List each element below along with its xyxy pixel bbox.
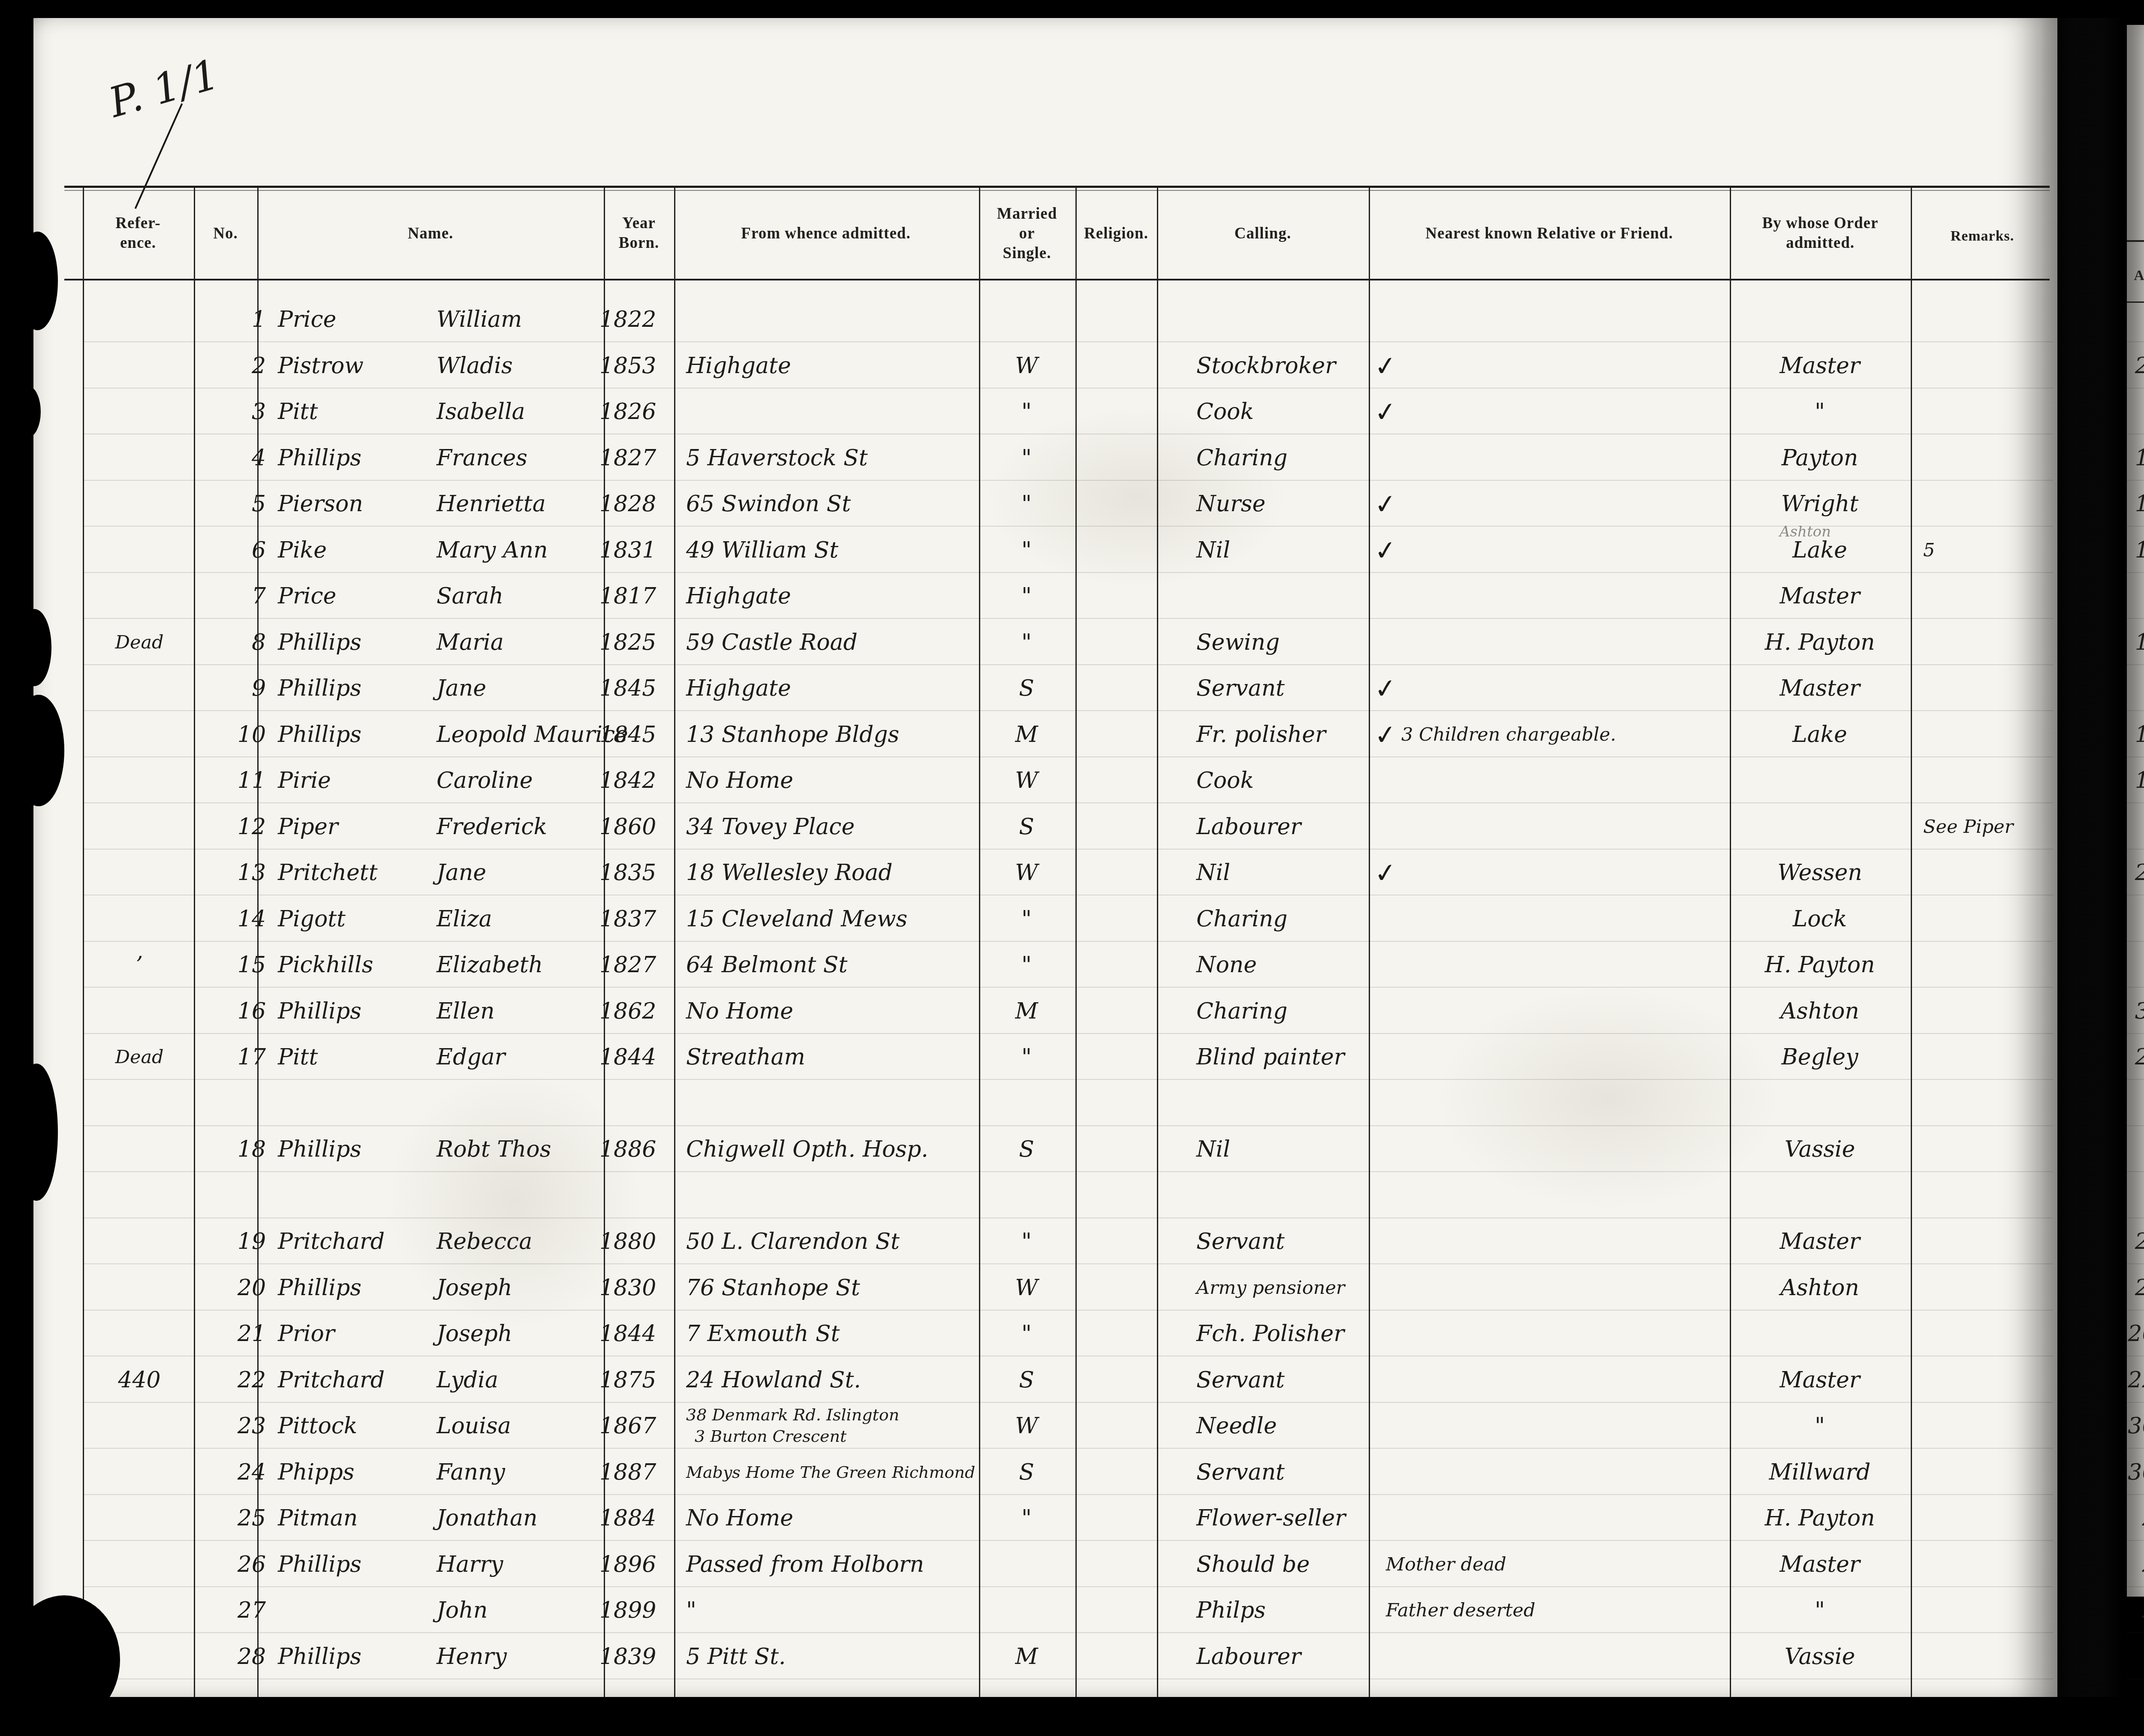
cell-whence-admitted: No Home <box>686 758 793 804</box>
cell-order-admitted: Vassie <box>1730 1634 1910 1680</box>
cell-order-admitted: Millward <box>1730 1450 1910 1495</box>
cell-number: 27 <box>180 1588 266 1634</box>
cell-forename: Robt Thos <box>437 1127 551 1172</box>
cell-forename: Wladis <box>437 343 513 389</box>
register-row-20: 20PhillipsJoseph183076 Stanhope StWArmy … <box>0 1265 2144 1311</box>
column-header-married-or-single: Married or Single. <box>997 204 1057 263</box>
cell-whence-admitted: 65 Swindon St <box>686 481 851 527</box>
cell-surname: Pistrow <box>278 343 364 389</box>
cell-number: 22 <box>180 1357 266 1403</box>
cell-number: 3 <box>180 389 266 435</box>
cell-married-or-single: " <box>979 1495 1074 1541</box>
register-row-13: 13PritchettJane183518 Wellesley RoadWNil… <box>0 850 2144 896</box>
cell-order-admitted: Ashton <box>1730 989 1910 1034</box>
cell-surname: Pickhills <box>278 942 373 988</box>
cell-married-or-single: M <box>979 989 1074 1034</box>
cell-year-born: 1831 <box>599 527 656 573</box>
cell-whence-admitted: 5 Pitt St. <box>686 1634 786 1680</box>
cell-number: 18 <box>180 1127 266 1172</box>
register-row-28: 28PhillipsHenry18395 Pitt St.MLabourerVa… <box>0 1634 2144 1680</box>
cell-married-or-single: W <box>979 1265 1074 1311</box>
cell-year-born: 1842 <box>599 758 656 804</box>
column-header-by-whose-order: By whose Order admitted. <box>1762 214 1879 253</box>
cell-number: 10 <box>180 712 266 758</box>
cell-forename: Eliza <box>437 896 492 942</box>
cell-year-born: 1887 <box>599 1450 656 1495</box>
cell-year-born: 1862 <box>599 989 656 1034</box>
cell-married-or-single: " <box>979 573 1074 619</box>
cell-married-or-single: S <box>979 1450 1074 1495</box>
cell-forename: Joseph <box>437 1311 512 1357</box>
cell-number: 14 <box>180 896 266 942</box>
register-row-9: 9PhillipsJane1845HighgateSServant✓Master… <box>0 666 2144 711</box>
cell-surname: Phillips <box>278 1542 361 1588</box>
cell-whence-admitted: No Home <box>686 989 793 1034</box>
cell-forename: Harry <box>437 1542 503 1588</box>
cell-surname: Pitman <box>278 1495 358 1541</box>
cell-forename: Joseph <box>437 1265 512 1311</box>
cell-whence-admitted: 34 Tovey Place <box>686 804 855 850</box>
cell-surname: Pitt <box>278 1034 318 1080</box>
cell-forename: Louisa <box>437 1403 511 1449</box>
register-row-22: 44022PritchardLydia187524 Howland St.SSe… <box>0 1357 2144 1403</box>
cell-married-or-single: M <box>979 712 1074 758</box>
cell-calling: Should be <box>1196 1542 1310 1588</box>
cell-year-born: 1899 <box>599 1588 656 1634</box>
cell-calling: Nil <box>1196 850 1230 896</box>
register-row-27: 27John1899"PhilpsFather deserted"2.1.03C… <box>0 1588 2144 1634</box>
cell-reference: 440 <box>86 1357 193 1403</box>
scan-tear <box>15 1064 58 1201</box>
cell-relative-or-friend: 3 Children chargeable. <box>1401 712 1616 758</box>
column-header-year-born: Year Born. <box>619 214 659 253</box>
cell-married-or-single: S <box>979 804 1074 850</box>
cell-whence-admitted: 76 Stanhope St <box>686 1265 860 1311</box>
cell-order-admitted: H. Payton <box>1730 942 1910 988</box>
cell-year-born: 1822 <box>599 297 656 343</box>
cell-surname: Pirie <box>278 758 331 804</box>
cell-number: 4 <box>180 435 266 481</box>
checkmark-icon: ✓ <box>1372 665 1399 713</box>
checkmark-icon: ✓ <box>1372 849 1399 897</box>
column-header-calling: Calling. <box>1235 224 1291 244</box>
cell-calling: Charing <box>1196 896 1288 942</box>
checkmark-icon: ✓ <box>1372 480 1399 528</box>
cell-married-or-single: " <box>979 896 1074 942</box>
register-row-10: 10PhillipsLeopold Maurice184513 Stanhope… <box>0 712 2144 758</box>
cell-forename: Edgar <box>437 1034 505 1080</box>
cell-number: 21 <box>180 1311 266 1357</box>
cell-whence-admitted-2: 3 Burton Crescent <box>695 1426 846 1447</box>
ruled-line <box>84 1218 2053 1218</box>
register-row-11: 11PirieCaroline1842No HomeWCook19110211. <box>0 758 2144 804</box>
cell-calling: Flower-seller <box>1196 1495 1346 1541</box>
cell-calling: Servant <box>1196 666 1285 711</box>
register-row-3: 3PittIsabella1826"Cook✓"4402Hga <box>0 389 2144 435</box>
cell-married-or-single: W <box>979 1403 1074 1449</box>
checkmark-icon: ✓ <box>1372 526 1399 574</box>
cell-number: 7 <box>180 573 266 619</box>
cell-order-admitted: Begley <box>1730 1034 1910 1080</box>
register-row-24: 24PhippsFanny1887Mabys Home The Green Ri… <box>0 1450 2144 1495</box>
cell-whence-admitted: Passed from Holborn <box>686 1542 924 1588</box>
cell-number: 26 <box>180 1542 266 1588</box>
cell-calling: Blind painter <box>1196 1034 1345 1080</box>
cell-order-admitted: " <box>1730 389 1910 435</box>
cell-year-born: 1875 <box>599 1357 656 1403</box>
cell-whence-admitted: 59 Castle Road <box>686 620 858 666</box>
cell-forename: Isabella <box>437 389 525 435</box>
cell-forename: Maria <box>437 620 504 666</box>
register-row-18: 18PhillipsRobt Thos1886Chigwell Opth. Ho… <box>0 1127 2144 1172</box>
cell-whence-admitted: 13 Stanhope Bldgs <box>686 712 899 758</box>
register-row-14: 14PigottEliza183715 Cleveland Mews"Chari… <box>0 896 2144 942</box>
cell-calling: Stockbroker <box>1196 343 1336 389</box>
cell-number: 24 <box>180 1450 266 1495</box>
cell-married-or-single: " <box>979 527 1074 573</box>
cell-whence-admitted: 15 Cleveland Mews <box>686 896 907 942</box>
register-row-4: 4PhillipsFrances18275 Haverstock St"Char… <box>0 435 2144 481</box>
cell-whence-admitted: 50 L. Clarendon St <box>686 1219 900 1265</box>
register-row-2: 2PistrowWladis1853HighgateWStockbroker✓M… <box>0 343 2144 389</box>
cell-year-born: 1828 <box>599 481 656 527</box>
cell-forename: Jane <box>437 666 486 711</box>
cell-surname: Pitt <box>278 389 318 435</box>
cell-married-or-single: " <box>979 1311 1074 1357</box>
register-row-1: 1PriceWilliam1822C.J <box>0 297 2144 343</box>
cell-married-or-single: W <box>979 343 1074 389</box>
register-row-23: 23PittockLouisa186738 Denmark Rd. Isling… <box>0 1403 2144 1449</box>
cell-married-or-single: W <box>979 758 1074 804</box>
register-row-25: 25PitmanJonathan1884No Home"Flower-selle… <box>0 1495 2144 1541</box>
cell-forename: Frances <box>437 435 527 481</box>
cell-reference: Dead <box>86 1034 193 1080</box>
cell-order-admitted: Lock <box>1730 896 1910 942</box>
cell-order-admitted: Master <box>1730 573 1910 619</box>
cell-order-admitted: Lake <box>1730 712 1910 758</box>
cell-number: 15 <box>180 942 266 988</box>
cell-forename: William <box>437 297 522 343</box>
cell-surname: Pritchard <box>278 1219 385 1265</box>
header-top-rule-2 <box>64 190 2050 191</box>
register-row-12: 12PiperFrederick186034 Tovey PlaceSLabou… <box>0 804 2144 850</box>
cell-calling: Charing <box>1196 435 1288 481</box>
cell-whence-admitted: 7 Exmouth St <box>686 1311 840 1357</box>
cell-forename: John <box>437 1588 488 1634</box>
column-header-remarks: Remarks. <box>1951 226 2015 246</box>
cell-order-admitted: Master <box>1730 1219 1910 1265</box>
cell-forename: Jonathan <box>437 1495 538 1541</box>
cell-married-or-single: W <box>979 850 1074 896</box>
cell-married-or-single: S <box>979 666 1074 711</box>
cell-year-born: 1839 <box>599 1634 656 1680</box>
cell-calling: Servant <box>1196 1219 1285 1265</box>
cell-forename: Henrietta <box>437 481 546 527</box>
cell-year-born: 1827 <box>599 942 656 988</box>
scan-tear <box>17 609 51 686</box>
cell-married-or-single: M <box>979 1634 1074 1680</box>
cell-number: 19 <box>180 1219 266 1265</box>
cell-forename: Elizabeth <box>437 942 543 988</box>
scan-border-bottom <box>0 1697 2144 1736</box>
cell-calling: Nil <box>1196 527 1230 573</box>
cell-calling: Philps <box>1196 1588 1266 1634</box>
scanned-register-page: P. 1/1 Refer- ence. No. Name. Year Born.… <box>0 0 2144 1736</box>
cell-order-admitted: Master <box>1730 343 1910 389</box>
cell-year-born: 1844 <box>599 1311 656 1357</box>
cell-order-admitted-faint: Ashton <box>1780 519 1831 545</box>
register-row-19: 19PritchardRebecca188050 L. Clarendon St… <box>0 1219 2144 1265</box>
cell-whence-admitted: 49 William St <box>686 527 838 573</box>
cell-married-or-single: " <box>979 481 1074 527</box>
cell-number: 9 <box>180 666 266 711</box>
cell-year-born: 1835 <box>599 850 656 896</box>
cell-number: 2 <box>180 343 266 389</box>
checkmark-icon: ✓ <box>1372 711 1399 759</box>
cell-remarks: See Piper <box>1923 804 2013 850</box>
cell-forename: Ellen <box>437 989 494 1034</box>
cell-forename: Mary Ann <box>437 527 548 573</box>
cell-whence-admitted: 38 Denmark Rd. Islington <box>686 1404 899 1426</box>
cell-calling: Servant <box>1196 1450 1285 1495</box>
cell-surname: Phillips <box>278 1265 361 1311</box>
cell-surname: Phillips <box>278 1634 361 1680</box>
cell-year-born: 1884 <box>599 1495 656 1541</box>
cell-forename: Henry <box>437 1634 507 1680</box>
cell-calling: Servant <box>1196 1357 1285 1403</box>
cell-married-or-single: " <box>979 435 1074 481</box>
cell-calling: Fch. Polisher <box>1196 1311 1344 1357</box>
cell-surname: Pittock <box>278 1403 357 1449</box>
register-row-16: 16PhillipsEllen1862No HomeMCharingAshton… <box>0 989 2144 1034</box>
ruled-line <box>2127 1125 2144 1126</box>
cell-order-admitted: Vassie <box>1730 1127 1910 1172</box>
cell-calling: Nil <box>1196 1127 1230 1172</box>
cell-forename: Caroline <box>437 758 533 804</box>
column-header-admission: Admission. <box>2134 266 2144 286</box>
cell-remarks: 5 <box>1923 527 1935 573</box>
column-header-number: No. <box>213 224 238 244</box>
cell-married-or-single: " <box>979 942 1074 988</box>
cell-whence-admitted: Highgate <box>686 666 791 711</box>
cell-calling: Charing <box>1196 989 1288 1034</box>
cell-surname: Price <box>278 573 336 619</box>
cell-number: 12 <box>180 804 266 850</box>
cell-order-admitted: Master <box>1730 1357 1910 1403</box>
cell-whence-admitted: Chigwell Opth. Hosp. <box>686 1127 928 1172</box>
cell-whence-admitted: Highgate <box>686 573 791 619</box>
cell-surname: Phillips <box>278 435 361 481</box>
cell-surname: Phillips <box>278 666 361 711</box>
cell-surname: Piper <box>278 804 338 850</box>
cell-surname: Pritchett <box>278 850 378 896</box>
cell-whence-admitted: 5 Haverstock St <box>686 435 868 481</box>
column-header-religion: Religion. <box>1084 224 1148 244</box>
cell-reference: Dead <box>86 620 193 666</box>
cell-order-admitted: " <box>1730 1403 1910 1449</box>
cell-year-born: 1867 <box>599 1403 656 1449</box>
cell-married-or-single: " <box>979 1034 1074 1080</box>
cell-reference: ’ <box>86 942 193 988</box>
cell-surname: Phipps <box>278 1450 354 1495</box>
cell-year-born: 1880 <box>599 1219 656 1265</box>
register-row-7: 7PriceSarah1817Highgate"Master7502Hgat <box>0 573 2144 619</box>
cell-number: 6 <box>180 527 266 573</box>
cell-year-born: 1837 <box>599 896 656 942</box>
cell-surname: Pierson <box>278 481 363 527</box>
ruled-line <box>2127 1218 2144 1218</box>
column-header-name: Name. <box>408 224 454 244</box>
column-header-whence-admitted: From whence admitted. <box>741 224 910 244</box>
scan-border-top <box>0 0 2144 18</box>
header-top-rule <box>64 186 2050 188</box>
cell-number: 28 <box>180 1634 266 1680</box>
cell-number: 1 <box>180 297 266 343</box>
cell-relative-or-friend: Father deserted <box>1386 1588 1536 1634</box>
cell-married-or-single: S <box>979 1357 1074 1403</box>
cell-whence-admitted: 24 Howland St. <box>686 1357 861 1403</box>
cell-whence-admitted: No Home <box>686 1495 793 1541</box>
cell-surname: Phillips <box>278 1127 361 1172</box>
cell-surname: Phillips <box>278 989 361 1034</box>
cell-forename: Sarah <box>437 573 503 619</box>
cell-number: 20 <box>180 1265 266 1311</box>
cell-number: 11 <box>180 758 266 804</box>
cell-calling: Labourer <box>1196 1634 1301 1680</box>
cell-year-born: 1827 <box>599 435 656 481</box>
cell-number: 8 <box>180 620 266 666</box>
cell-calling: Labourer <box>1196 804 1301 850</box>
column-header-relative-or-friend: Nearest known Relative or Friend. <box>1425 224 1673 244</box>
cell-forename: Lydia <box>437 1357 498 1403</box>
header-bottom-rule <box>64 279 2050 280</box>
cell-married-or-single: S <box>979 1127 1074 1172</box>
cell-order-admitted: " <box>1730 1588 1910 1634</box>
register-row-15: ’15PickhillsElizabeth182764 Belmont St"N… <box>0 942 2144 988</box>
cell-surname: Price <box>278 297 336 343</box>
cell-whence-admitted: Highgate <box>686 343 791 389</box>
cell-order-admitted: H. Payton <box>1730 620 1910 666</box>
cell-calling: Army pensioner <box>1196 1265 1345 1311</box>
cell-whence-admitted: 64 Belmont St <box>686 942 847 988</box>
cell-surname: Phillips <box>278 620 361 666</box>
scan-tear <box>15 386 41 437</box>
register-row-8: Dead8PhillipsMaria182559 Castle Road"Sew… <box>0 620 2144 666</box>
cell-surname: Phillips <box>278 712 361 758</box>
cell-married-or-single: " <box>979 1219 1074 1265</box>
cell-calling: None <box>1196 942 1257 988</box>
register-row-21: 21PriorJoseph18447 Exmouth St"Fch. Polis… <box>0 1311 2144 1357</box>
cell-calling: Cook <box>1196 758 1254 804</box>
right-header-top-rule <box>2127 240 2144 242</box>
cell-year-born: 1830 <box>599 1265 656 1311</box>
cell-forename: Jane <box>437 850 486 896</box>
cell-order-admitted: Wessen <box>1730 850 1910 896</box>
register-row-26: 26PhillipsHarry1896Passed from HolbornSh… <box>0 1542 2144 1588</box>
cell-married-or-single: " <box>979 620 1074 666</box>
cell-surname: Pike <box>278 527 327 573</box>
cell-forename: Rebecca <box>437 1219 532 1265</box>
checkmark-icon: ✓ <box>1372 388 1399 436</box>
cell-whence-admitted: Streatham <box>686 1034 805 1080</box>
cell-surname: Pigott <box>278 896 346 942</box>
cell-year-born: 1886 <box>599 1127 656 1172</box>
cell-order-admitted: Master <box>1730 1542 1910 1588</box>
cell-surname: Prior <box>278 1311 335 1357</box>
cell-order-admitted: H. Payton <box>1730 1495 1910 1541</box>
cell-calling: Fr. polisher <box>1196 712 1326 758</box>
cell-surname: Pritchard <box>278 1357 385 1403</box>
scan-tear <box>9 1595 120 1724</box>
cell-year-born: 1825 <box>599 620 656 666</box>
cell-calling: Needle <box>1196 1403 1277 1449</box>
cell-year-born: 1845 <box>599 666 656 711</box>
cell-forename: Fanny <box>437 1450 505 1495</box>
cell-year-born: 1845 <box>599 712 656 758</box>
cell-year-born: 1860 <box>599 804 656 850</box>
cell-number: 23 <box>180 1403 266 1449</box>
cell-married-or-single: " <box>979 389 1074 435</box>
scan-tear <box>13 695 64 806</box>
cell-number: 5 <box>180 481 266 527</box>
cell-year-born: 1817 <box>599 573 656 619</box>
cell-forename: Frederick <box>437 804 547 850</box>
ruled-line <box>84 1125 2053 1126</box>
cell-whence-admitted: Mabys Home The Green Richmond <box>686 1450 975 1495</box>
cell-order-admitted: Ashton <box>1730 1265 1910 1311</box>
register-row-17: Dead17PittEdgar1844Streatham"Blind paint… <box>0 1034 2144 1080</box>
cell-calling: Cook <box>1196 389 1254 435</box>
cell-number: 13 <box>180 850 266 896</box>
cell-order-admitted: Payton <box>1730 435 1910 481</box>
cell-calling: Sewing <box>1196 620 1280 666</box>
book-gutter <box>2040 18 2127 1697</box>
cell-number: 17 <box>180 1034 266 1080</box>
checkmark-icon: ✓ <box>1372 342 1399 390</box>
cell-number: 25 <box>180 1495 266 1541</box>
cell-order-admitted: Master <box>1730 666 1910 711</box>
cell-calling: Nurse <box>1196 481 1265 527</box>
cell-year-born: 1896 <box>599 1542 656 1588</box>
scan-tear <box>17 232 58 330</box>
register-row-6: 6PikeMary Ann183149 William St"Nil✓LakeA… <box>0 527 2144 573</box>
cell-year-born: 1844 <box>599 1034 656 1080</box>
cell-year-born: 1853 <box>599 343 656 389</box>
cell-whence-admitted: " <box>686 1588 696 1634</box>
cell-number: 16 <box>180 989 266 1034</box>
cell-relative-or-friend: Mother dead <box>1386 1542 1506 1588</box>
cell-year-born: 1826 <box>599 389 656 435</box>
column-header-reference: Refer- ence. <box>115 214 160 253</box>
cell-whence-admitted: 18 Wellesley Road <box>686 850 892 896</box>
